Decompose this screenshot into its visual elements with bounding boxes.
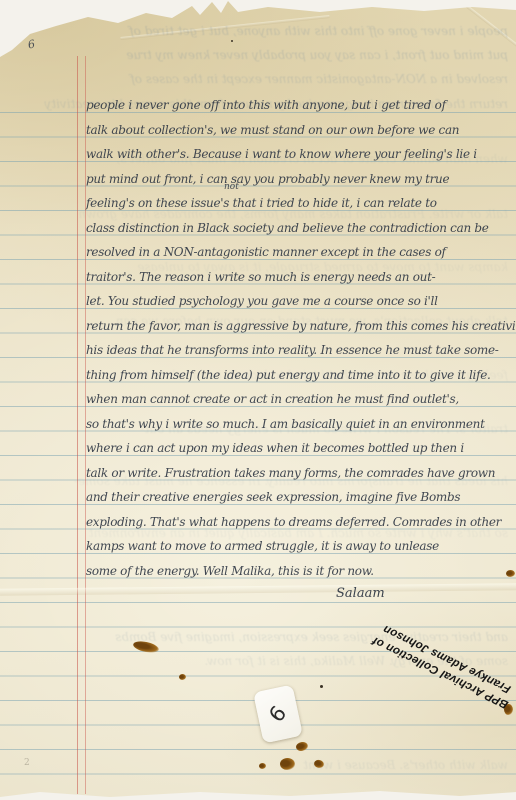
paper-sheet: people i never gone off into this with a… <box>0 0 516 800</box>
page-number: 6 <box>27 37 37 51</box>
stain <box>280 758 295 770</box>
letter-line: talk or write. Frustration takes many fo… <box>86 463 510 483</box>
letter-line: some of the energy. Well Malika, this is… <box>86 561 510 581</box>
ink-speck <box>231 40 233 42</box>
sticker-number: 6 <box>264 701 291 726</box>
letter-line: traitor's. The reason i write so much is… <box>86 267 510 287</box>
letter-line: walk with other's. Because i want to kno… <box>86 144 510 164</box>
letter-line: when man cannot create or act in creatio… <box>86 389 510 409</box>
letter-line: class distinction in Black society and b… <box>86 218 510 238</box>
corner-pencil-mark: 2 <box>24 758 30 768</box>
letter-line: put mind out front, i can say you probab… <box>86 169 510 189</box>
bleedthrough-text: resolved in a NON-antagonistic manner ex… <box>40 70 508 88</box>
paper-crease <box>120 15 329 40</box>
letter-line: so that's why i write so much. I am basi… <box>86 414 510 434</box>
letter-line: return the favor, man is aggressive by n… <box>86 316 510 336</box>
letter-line: exploding. That's what happens to dreams… <box>86 512 510 532</box>
letter-line: resolved in a NON-antagonistic manner ex… <box>86 242 510 262</box>
letter-line: his ideas that he transforms into realit… <box>86 340 510 360</box>
letter-line: people i never gone off into this with a… <box>86 95 510 115</box>
letter-line: let. You studied psychology you gave me … <box>86 291 510 311</box>
letter-line: feeling's on these issue's that i tried … <box>86 193 510 213</box>
stain <box>179 674 186 680</box>
bleedthrough-text: put mind out front, i can say you probab… <box>40 46 508 64</box>
scanned-letter-page: people i never gone off into this with a… <box>0 0 516 800</box>
letter-line: thing from himself (the idea) put energy… <box>86 365 510 385</box>
stain <box>259 763 266 769</box>
signature: Salaam <box>336 586 385 601</box>
paper-crease <box>411 0 516 57</box>
inserted-word: not <box>224 182 239 192</box>
letter-line: talk about collection's, we must stand o… <box>86 120 510 140</box>
letter-line: kamps want to move to armed struggle, it… <box>86 536 510 556</box>
letter-line: where i can act upon my ideas when it be… <box>86 438 510 458</box>
letter-line: and their creative energies seek express… <box>86 487 510 507</box>
red-margin-line <box>77 56 86 794</box>
bleedthrough-text: people i never gone off into this with a… <box>40 22 508 40</box>
ink-speck <box>320 685 323 688</box>
stain <box>506 570 515 577</box>
